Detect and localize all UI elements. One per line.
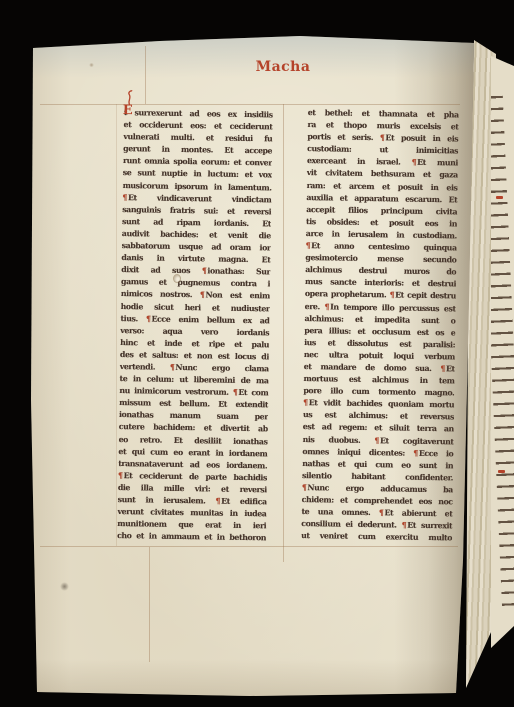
initial-flourish-icon	[125, 89, 135, 106]
paraph-mark: ¶	[413, 448, 418, 457]
paraph-mark: ¶	[306, 241, 311, 250]
paraph-mark: ¶	[122, 193, 127, 202]
running-title: Macha	[243, 59, 323, 75]
paraph-mark: ¶	[402, 521, 407, 530]
paraph-mark: ¶	[380, 133, 385, 142]
ruling-line-vertical-top-margin	[145, 46, 146, 104]
paraph-mark: ¶	[302, 483, 307, 492]
ink-stain	[60, 582, 69, 591]
next-page-rubric-mark	[498, 470, 505, 473]
parchment-page: Macha E t surrexerunt ad eos ex insidiis…	[0, 0, 514, 707]
next-page-leaf	[491, 48, 514, 652]
paraph-mark: ¶	[215, 497, 220, 506]
paraph-mark: ¶	[146, 314, 151, 323]
text-column-left: E t surrexerunt ad eos ex insidiiset occ…	[117, 107, 273, 545]
ink-stain	[89, 63, 94, 67]
paraph-mark: ¶	[170, 363, 175, 372]
paraph-mark: ¶	[412, 158, 417, 167]
next-page-rubric-mark	[496, 196, 503, 199]
text-line: cho et in ammaum et in bethoron	[117, 530, 266, 544]
ruling-line-horizontal-bottom	[40, 546, 458, 547]
paraph-mark: ¶	[303, 398, 308, 407]
paraph-mark: ¶	[200, 291, 205, 300]
ruling-line-vertical-gutter	[283, 104, 284, 562]
paraph-mark: ¶	[325, 302, 330, 311]
paraph-mark: ¶	[118, 471, 123, 480]
photo-frame: Macha E t surrexerunt ad eos ex insidiis…	[0, 0, 514, 707]
paraph-mark: ¶	[379, 508, 384, 517]
paraph-mark: ¶	[233, 388, 238, 397]
ruling-line-vertical-left	[116, 104, 117, 546]
paraph-mark: ¶	[374, 436, 379, 445]
ruling-line-vertical-bottom-margin	[149, 547, 150, 662]
paraph-mark: ¶	[390, 291, 395, 300]
ruling-line-horizontal-top	[40, 104, 460, 105]
paraph-mark: ¶	[202, 267, 207, 276]
parchment-hole	[174, 275, 180, 282]
